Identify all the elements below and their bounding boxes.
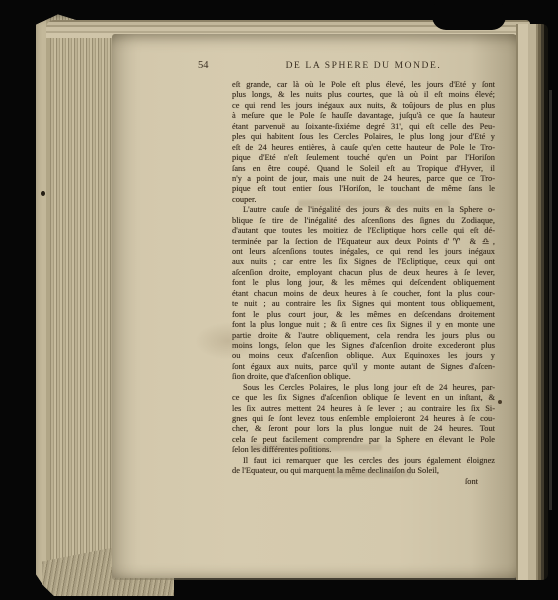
page-number: 54 [198, 60, 209, 71]
text-line: pique d'Eté n'eſt ſeulement touché qu'en… [232, 153, 495, 163]
ink-fleck [498, 400, 502, 404]
text-line: font la plus longue nuit ; & ſi entre ce… [232, 320, 495, 330]
paper-stain [195, 322, 261, 360]
ink-fleck [41, 191, 45, 196]
text-line: ou moins ceux d'aſcenſion oblique. Aux E… [232, 351, 495, 361]
text-line: étant chacun moins de deux heures à ſe c… [232, 289, 495, 299]
text-line: cher, & ſeront pour lors la plus longue … [232, 424, 495, 434]
catchword: ſont [232, 477, 478, 486]
text-line: ont leurs aſcenſions toutes inégales, ce… [232, 247, 495, 257]
showthrough-text [298, 200, 450, 207]
text-line: partie droite & l'autre obliquement, cel… [232, 331, 495, 341]
scanned-book-photo: 54 DE LA SPHERE DU MONDE. eſt grande, ca… [0, 0, 558, 600]
paragraph: L'autre cauſe de l'inégalité des jours &… [232, 205, 495, 382]
paragraph: eſt grande, car là où le Pole eſt plus é… [232, 80, 495, 205]
text-line: d'autant que toutes les moitiez de l'Ecl… [232, 226, 495, 236]
text-line: Il faut ici remarquer que les cercles de… [232, 456, 495, 466]
text-line: étant parvenuë au ſoixante-ſixiéme degré… [232, 122, 495, 132]
running-title: DE LA SPHERE DU MONDE. [232, 61, 495, 71]
binding-highlight [549, 90, 552, 510]
text-line: aux nuits ; car entre les ſix Signes de … [232, 257, 495, 267]
text-line: font le plus long jour, & les mêmes qui … [232, 278, 495, 288]
text-line: ſans en être coupé. Quand le Soleil eſt … [232, 164, 495, 174]
text-line: pique eſt tout entier ſous l'Horiſon, le… [232, 184, 495, 194]
page-edges-left [36, 12, 114, 594]
text-line: n'y a point de jour, mais une nuit de 24… [232, 174, 495, 184]
showthrough-text [250, 444, 382, 451]
text-line: te nuit ; au contraire les ſix Signes qu… [232, 299, 495, 309]
text-line: ce que les ſix Signes d'aſcenſion obliqu… [232, 393, 495, 403]
showthrough-text [328, 470, 412, 477]
text-line: Sous les Cercles Polaires, le plus long … [232, 383, 495, 393]
text-line: plus longs, & les nuits plus courtes, qu… [232, 90, 495, 100]
text-line: les ſix autres mettent 24 heures à ſe le… [232, 404, 495, 414]
text-line: ce qui rend les jours inégaux aux nuits,… [232, 101, 495, 111]
text-line: ples qui habitent ſous les Cercles Polai… [232, 132, 495, 142]
text-line: terminée par la ſection de l'Equateur au… [232, 237, 495, 247]
next-page-edge [516, 24, 548, 580]
text-line: blique ſe tire de l'inégalité des aſcenſ… [232, 216, 495, 226]
text-line: eſt de 24 heures entières, à cauſe qu'en… [232, 143, 495, 153]
text-line: gnes qui ſe ſont levez tous enſemble emp… [232, 414, 495, 424]
text-line: eſt grande, car là où le Pole eſt plus é… [232, 80, 495, 90]
text-line: à meſure que le Pole ſe hauſſe davantage… [232, 111, 495, 121]
text-line: font le plus court jour, & les mêmes en … [232, 310, 495, 320]
text-line: ſont égaux aux nuits, parce qu'il y mont… [232, 362, 495, 372]
text-line: ſion droite, que d'aſcenſion oblique. [232, 372, 495, 382]
text-line: moins longs, ſelon que les Signes d'aſce… [232, 341, 495, 351]
book-page: 54 DE LA SPHERE DU MONDE. eſt grande, ca… [112, 34, 520, 578]
cover-gap-shadow [432, 4, 506, 30]
text-line: aſcenſion droite, employant chacun plus … [232, 268, 495, 278]
text-block: eſt grande, car là où le Pole eſt plus é… [232, 80, 495, 477]
